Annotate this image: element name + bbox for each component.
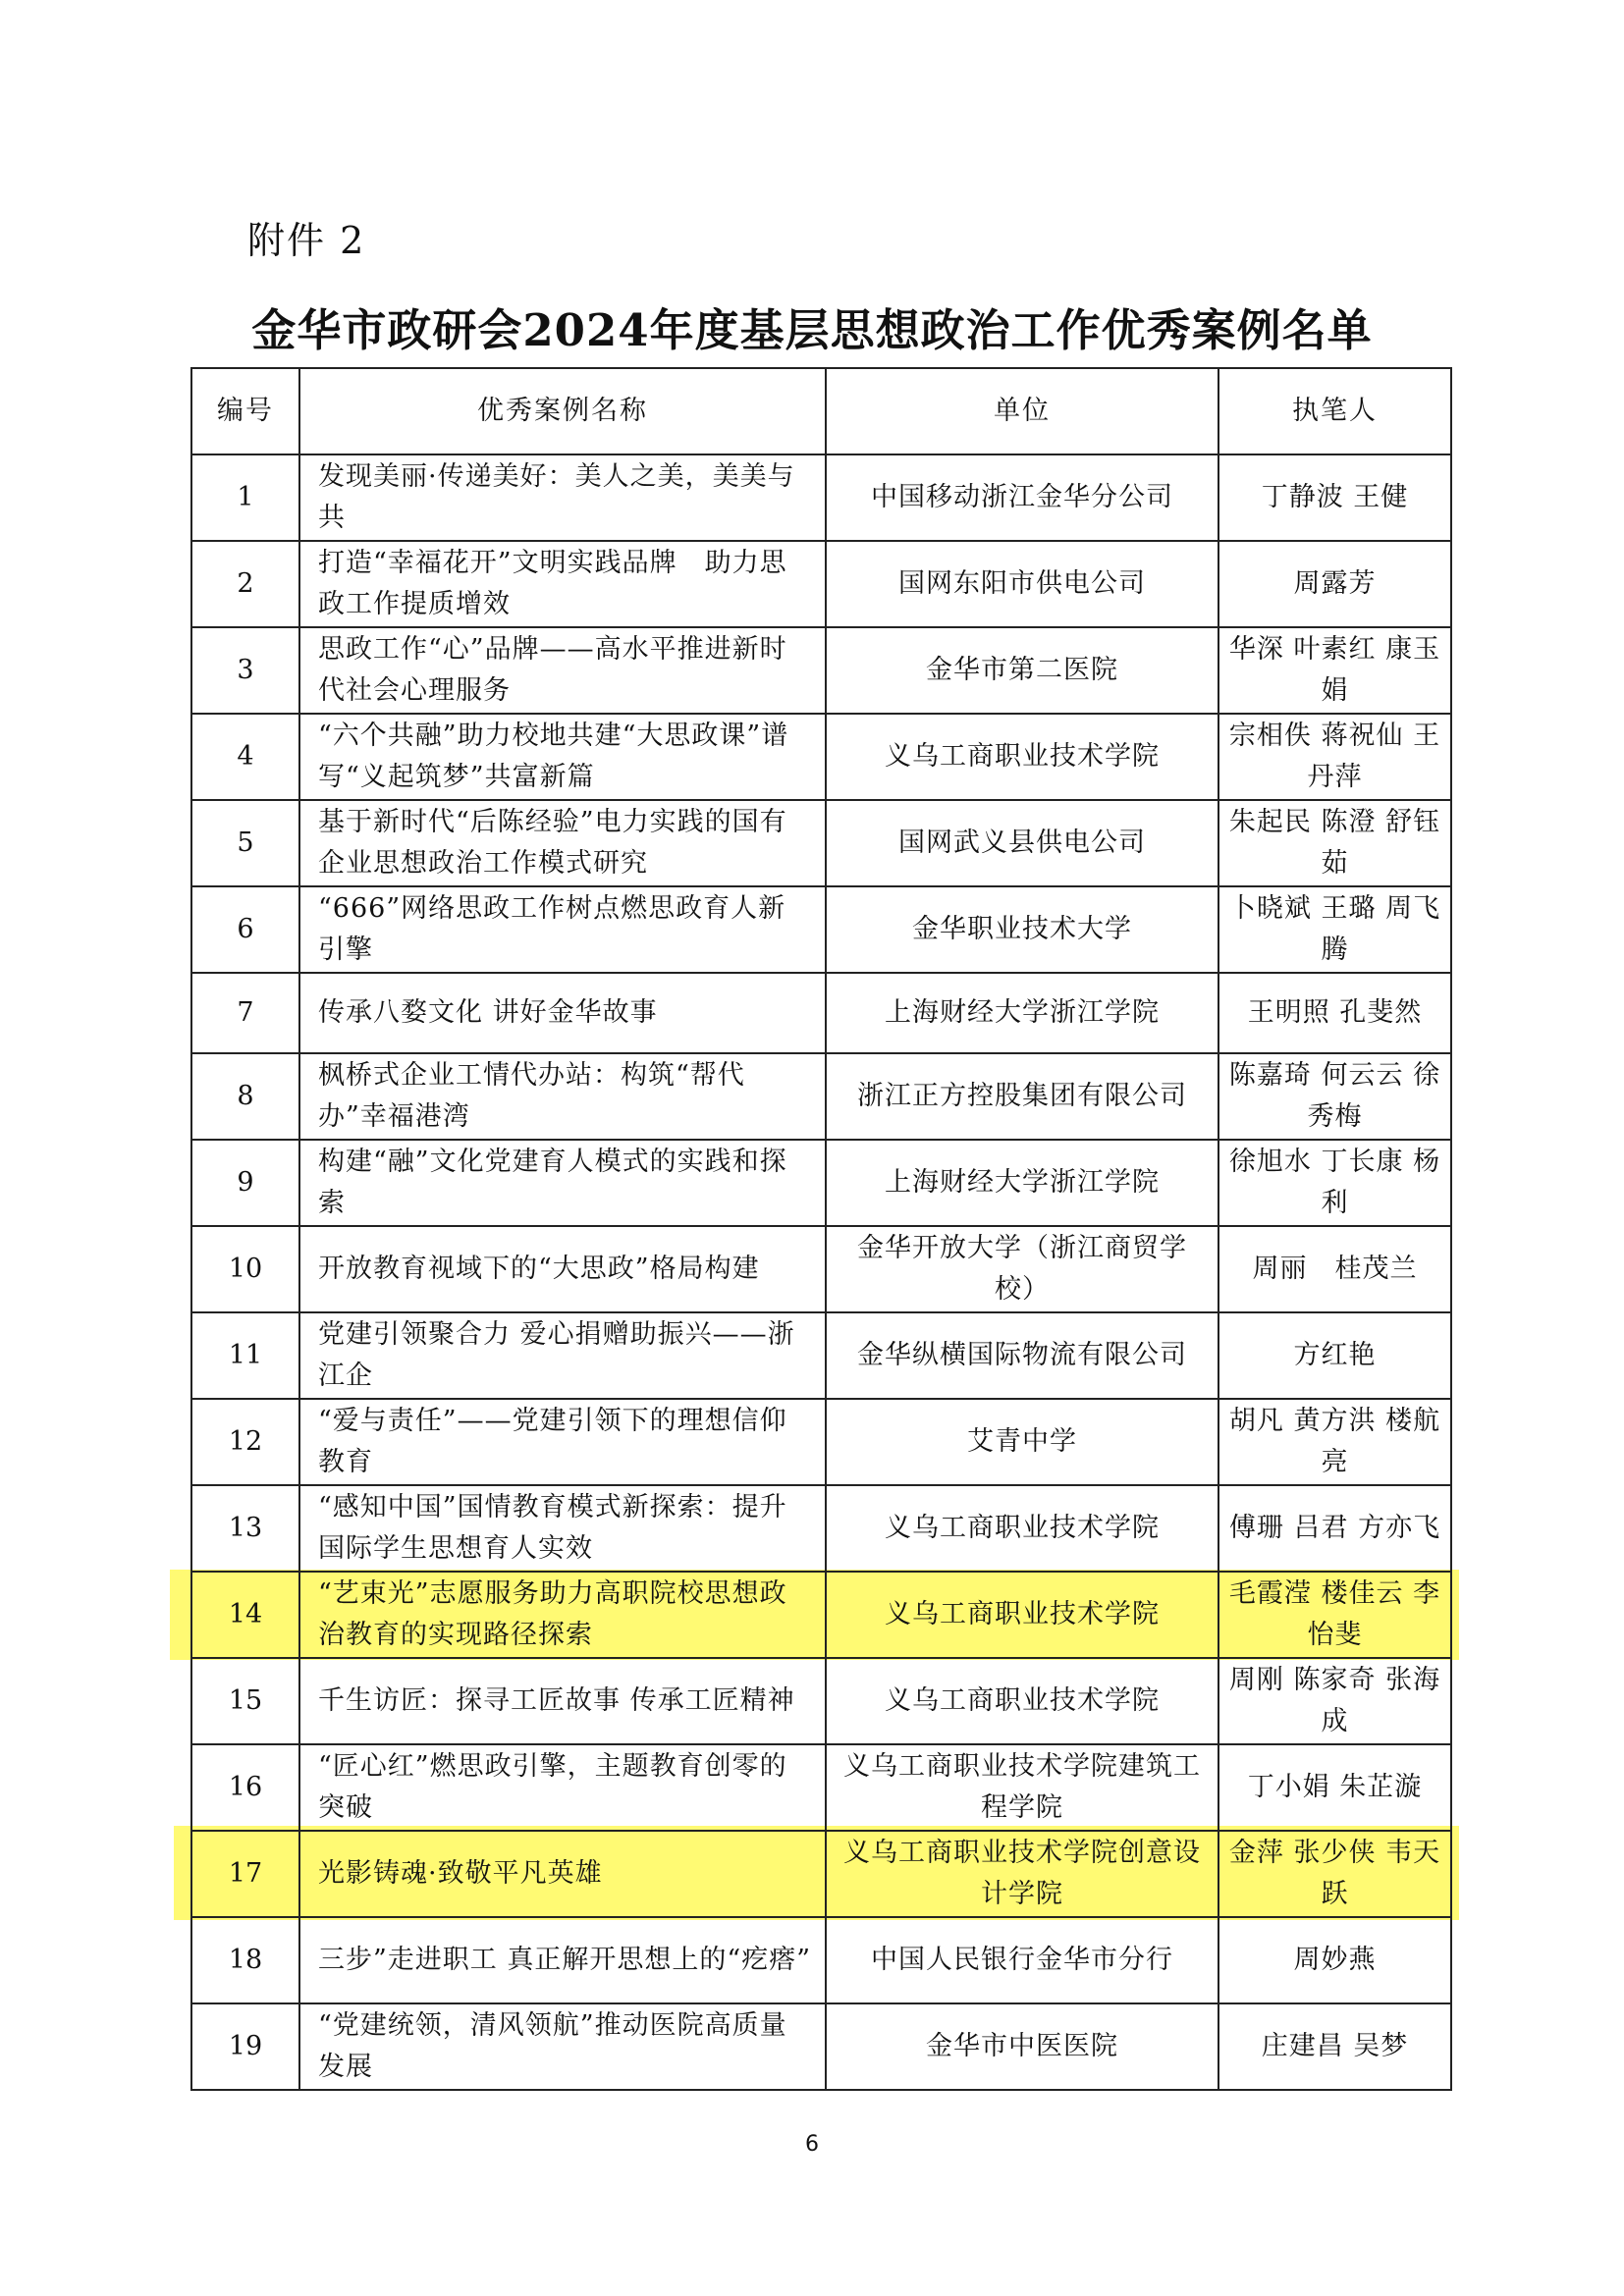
attachment-label: 附件 2 bbox=[247, 210, 365, 264]
cell-number: 1 bbox=[191, 454, 299, 541]
header-case-name: 优秀案例名称 bbox=[299, 368, 826, 454]
cell-unit: 金华职业技术大学 bbox=[826, 886, 1218, 973]
cases-table: 编号 优秀案例名称 单位 执笔人 1发现美丽·传递美好：美人之美，美美与共中国移… bbox=[190, 367, 1452, 2091]
cell-number: 13 bbox=[191, 1485, 299, 1572]
cell-case-name: “感知中国”国情教育模式新探索：提升国际学生思想育人实效 bbox=[299, 1485, 826, 1572]
table-row: 14“艺束光”志愿服务助力高职院校思想政治教育的实现路径探索义乌工商职业技术学院… bbox=[191, 1572, 1451, 1658]
cell-author: 王明照 孔斐然 bbox=[1218, 973, 1451, 1053]
cell-case-name: 构建“融”文化党建育人模式的实践和探索 bbox=[299, 1140, 826, 1226]
cell-author: 徐旭水 丁长康 杨利 bbox=[1218, 1140, 1451, 1226]
table-row: 15千生访匠：探寻工匠故事 传承工匠精神义乌工商职业技术学院周刚 陈家奇 张海成 bbox=[191, 1658, 1451, 1744]
cell-number: 12 bbox=[191, 1399, 299, 1485]
table-row: 16“匠心红”燃思政引擎，主题教育创零的突破义乌工商职业技术学院建筑工程学院丁小… bbox=[191, 1744, 1451, 1831]
cell-number: 2 bbox=[191, 541, 299, 627]
table-header-row: 编号 优秀案例名称 单位 执笔人 bbox=[191, 368, 1451, 454]
cell-number: 6 bbox=[191, 886, 299, 973]
page-title: 金华市政研会2024年度基层思想政治工作优秀案例名单 bbox=[0, 294, 1624, 358]
header-unit: 单位 bbox=[826, 368, 1218, 454]
cell-unit: 金华开放大学（浙江商贸学校） bbox=[826, 1226, 1218, 1312]
cell-author: 庄建昌 吴梦 bbox=[1218, 2003, 1451, 2090]
cell-number: 14 bbox=[191, 1572, 299, 1658]
cell-unit: 义乌工商职业技术学院创意设计学院 bbox=[826, 1831, 1218, 1917]
table-row: 13“感知中国”国情教育模式新探索：提升国际学生思想育人实效义乌工商职业技术学院… bbox=[191, 1485, 1451, 1572]
header-author: 执笔人 bbox=[1218, 368, 1451, 454]
cell-number: 9 bbox=[191, 1140, 299, 1226]
cell-author: 陈嘉琦 何云云 徐秀梅 bbox=[1218, 1053, 1451, 1140]
cell-author: 金萍 张少侠 韦天跃 bbox=[1218, 1831, 1451, 1917]
cell-number: 10 bbox=[191, 1226, 299, 1312]
cell-number: 18 bbox=[191, 1917, 299, 2003]
cell-unit: 艾青中学 bbox=[826, 1399, 1218, 1485]
cell-unit: 义乌工商职业技术学院 bbox=[826, 714, 1218, 800]
cell-author: 胡凡 黄方洪 楼航亮 bbox=[1218, 1399, 1451, 1485]
cell-unit: 上海财经大学浙江学院 bbox=[826, 1140, 1218, 1226]
cell-author: 周露芳 bbox=[1218, 541, 1451, 627]
table-row: 7传承八婺文化 讲好金华故事上海财经大学浙江学院王明照 孔斐然 bbox=[191, 973, 1451, 1053]
table-row: 3思政工作“心”品牌——高水平推进新时代社会心理服务金华市第二医院华深 叶素红 … bbox=[191, 627, 1451, 714]
table-row: 1发现美丽·传递美好：美人之美，美美与共中国移动浙江金华分公司丁静波 王健 bbox=[191, 454, 1451, 541]
cell-number: 8 bbox=[191, 1053, 299, 1140]
cell-author: 周丽 桂茂兰 bbox=[1218, 1226, 1451, 1312]
cell-case-name: “艺束光”志愿服务助力高职院校思想政治教育的实现路径探索 bbox=[299, 1572, 826, 1658]
cell-author: 丁小娟 朱芷漩 bbox=[1218, 1744, 1451, 1831]
cell-case-name: “匠心红”燃思政引擎，主题教育创零的突破 bbox=[299, 1744, 826, 1831]
cell-unit: 金华市第二医院 bbox=[826, 627, 1218, 714]
table-row: 19“党建统领，清风领航”推动医院高质量发展金华市中医医院庄建昌 吴梦 bbox=[191, 2003, 1451, 2090]
cell-number: 19 bbox=[191, 2003, 299, 2090]
table-row: 6“666”网络思政工作树点燃思政育人新引擎金华职业技术大学卜晓斌 王璐 周飞腾 bbox=[191, 886, 1451, 973]
cell-unit: 浙江正方控股集团有限公司 bbox=[826, 1053, 1218, 1140]
cell-case-name: 传承八婺文化 讲好金华故事 bbox=[299, 973, 826, 1053]
cell-number: 4 bbox=[191, 714, 299, 800]
cell-unit: 义乌工商职业技术学院 bbox=[826, 1485, 1218, 1572]
cell-number: 3 bbox=[191, 627, 299, 714]
cell-unit: 义乌工商职业技术学院 bbox=[826, 1572, 1218, 1658]
page-number: 6 bbox=[0, 2132, 1624, 2157]
cell-case-name: “党建统领，清风领航”推动医院高质量发展 bbox=[299, 2003, 826, 2090]
cell-case-name: 千生访匠：探寻工匠故事 传承工匠精神 bbox=[299, 1658, 826, 1744]
table-row: 10开放教育视域下的“大思政”格局构建金华开放大学（浙江商贸学校）周丽 桂茂兰 bbox=[191, 1226, 1451, 1312]
table-row: 8枫桥式企业工情代办站：构筑“帮代办”幸福港湾浙江正方控股集团有限公司陈嘉琦 何… bbox=[191, 1053, 1451, 1140]
cell-case-name: 发现美丽·传递美好：美人之美，美美与共 bbox=[299, 454, 826, 541]
cell-number: 5 bbox=[191, 800, 299, 886]
table-row: 11党建引领聚合力 爱心捐赠助振兴——浙江企金华纵横国际物流有限公司方红艳 bbox=[191, 1312, 1451, 1399]
cell-unit: 中国移动浙江金华分公司 bbox=[826, 454, 1218, 541]
cell-author: 朱起民 陈澄 舒钰茹 bbox=[1218, 800, 1451, 886]
cell-case-name: “666”网络思政工作树点燃思政育人新引擎 bbox=[299, 886, 826, 973]
cell-case-name: 基于新时代“后陈经验”电力实践的国有企业思想政治工作模式研究 bbox=[299, 800, 826, 886]
cell-number: 17 bbox=[191, 1831, 299, 1917]
cell-unit: 金华纵横国际物流有限公司 bbox=[826, 1312, 1218, 1399]
table-row: 18三步”走进职工 真正解开思想上的“疙瘩”中国人民银行金华市分行周妙燕 bbox=[191, 1917, 1451, 2003]
cell-author: 傅珊 吕君 方亦飞 bbox=[1218, 1485, 1451, 1572]
cell-author: 周妙燕 bbox=[1218, 1917, 1451, 2003]
cell-case-name: 光影铸魂·致敬平凡英雄 bbox=[299, 1831, 826, 1917]
cell-number: 11 bbox=[191, 1312, 299, 1399]
table-row: 17光影铸魂·致敬平凡英雄义乌工商职业技术学院创意设计学院金萍 张少侠 韦天跃 bbox=[191, 1831, 1451, 1917]
cell-case-name: 打造“幸福花开”文明实践品牌 助力思政工作提质增效 bbox=[299, 541, 826, 627]
cell-author: 华深 叶素红 康玉娟 bbox=[1218, 627, 1451, 714]
cell-author: 宗相佚 蒋祝仙 王丹萍 bbox=[1218, 714, 1451, 800]
table-row: 5基于新时代“后陈经验”电力实践的国有企业思想政治工作模式研究国网武义县供电公司… bbox=[191, 800, 1451, 886]
cell-author: 毛霞滢 楼佳云 李怡斐 bbox=[1218, 1572, 1451, 1658]
cell-author: 方红艳 bbox=[1218, 1312, 1451, 1399]
table-row: 12“爱与责任”——党建引领下的理想信仰教育艾青中学胡凡 黄方洪 楼航亮 bbox=[191, 1399, 1451, 1485]
cell-author: 卜晓斌 王璐 周飞腾 bbox=[1218, 886, 1451, 973]
table-row: 2打造“幸福花开”文明实践品牌 助力思政工作提质增效国网东阳市供电公司周露芳 bbox=[191, 541, 1451, 627]
cell-unit: 国网武义县供电公司 bbox=[826, 800, 1218, 886]
cell-unit: 义乌工商职业技术学院建筑工程学院 bbox=[826, 1744, 1218, 1831]
cell-unit: 国网东阳市供电公司 bbox=[826, 541, 1218, 627]
cell-unit: 中国人民银行金华市分行 bbox=[826, 1917, 1218, 2003]
cell-unit: 义乌工商职业技术学院 bbox=[826, 1658, 1218, 1744]
cell-number: 7 bbox=[191, 973, 299, 1053]
cell-author: 周刚 陈家奇 张海成 bbox=[1218, 1658, 1451, 1744]
cell-case-name: “六个共融”助力校地共建“大思政课”谱写“义起筑梦”共富新篇 bbox=[299, 714, 826, 800]
cell-case-name: 枫桥式企业工情代办站：构筑“帮代办”幸福港湾 bbox=[299, 1053, 826, 1140]
table-row: 9构建“融”文化党建育人模式的实践和探索上海财经大学浙江学院徐旭水 丁长康 杨利 bbox=[191, 1140, 1451, 1226]
cell-case-name: 思政工作“心”品牌——高水平推进新时代社会心理服务 bbox=[299, 627, 826, 714]
cell-unit: 金华市中医医院 bbox=[826, 2003, 1218, 2090]
cell-case-name: 党建引领聚合力 爱心捐赠助振兴——浙江企 bbox=[299, 1312, 826, 1399]
table-row: 4“六个共融”助力校地共建“大思政课”谱写“义起筑梦”共富新篇义乌工商职业技术学… bbox=[191, 714, 1451, 800]
cell-unit: 上海财经大学浙江学院 bbox=[826, 973, 1218, 1053]
cell-case-name: 三步”走进职工 真正解开思想上的“疙瘩” bbox=[299, 1917, 826, 2003]
cell-author: 丁静波 王健 bbox=[1218, 454, 1451, 541]
header-number: 编号 bbox=[191, 368, 299, 454]
cell-case-name: 开放教育视域下的“大思政”格局构建 bbox=[299, 1226, 826, 1312]
cell-case-name: “爱与责任”——党建引领下的理想信仰教育 bbox=[299, 1399, 826, 1485]
cell-number: 16 bbox=[191, 1744, 299, 1831]
cell-number: 15 bbox=[191, 1658, 299, 1744]
